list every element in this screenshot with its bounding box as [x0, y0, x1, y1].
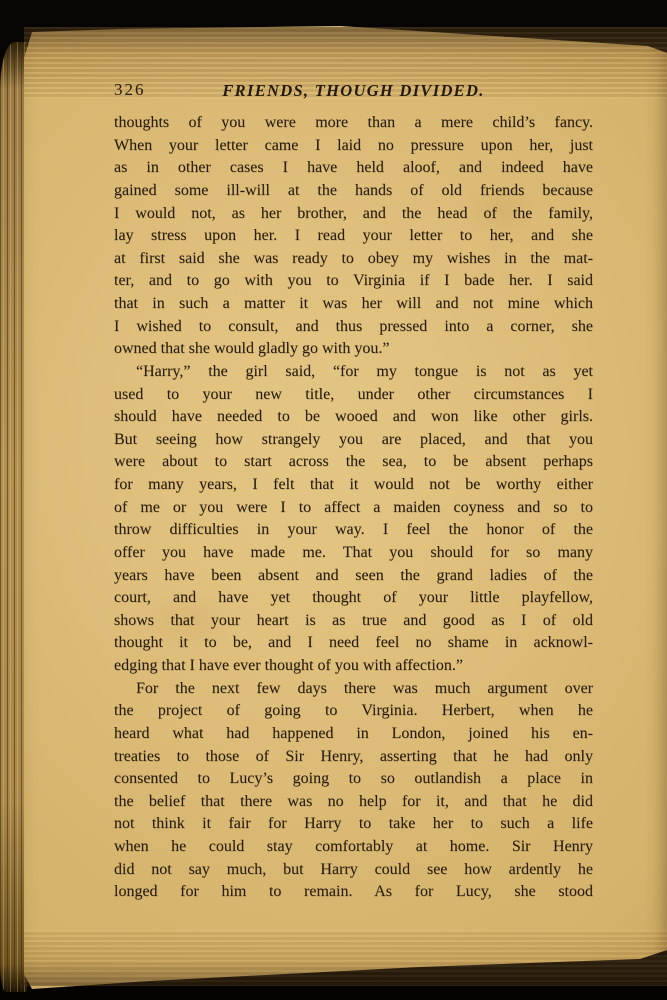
text-line: edging that I have ever thought of you w…	[114, 655, 593, 678]
text-line: shows that your heart is as true and goo…	[114, 610, 593, 633]
page-content: 326 FRIENDS, THOUGH DIVIDED. thoughts of…	[0, 0, 667, 1000]
text-line: as in other cases I have held aloof, and…	[114, 157, 593, 180]
text-line: For the next few days there was much arg…	[114, 678, 593, 701]
scanned-book-photo: 326 FRIENDS, THOUGH DIVIDED. thoughts of…	[0, 0, 667, 1000]
text-line: for many years, I felt that it would not…	[114, 474, 593, 497]
text-line: years have been absent and seen the gran…	[114, 565, 593, 588]
text-line: at first said she was ready to obey my w…	[114, 248, 593, 271]
body-text: thoughts of you were more than a mere ch…	[114, 112, 593, 904]
text-line: “Harry,” the girl said, “for my tongue i…	[114, 361, 593, 384]
text-line: But seeing how strangely you are placed,…	[114, 429, 593, 452]
running-title: FRIENDS, THOUGH DIVIDED.	[114, 81, 593, 101]
text-line: were about to start across the sea, to b…	[114, 451, 593, 474]
text-line: When your letter came I laid no pressure…	[114, 135, 593, 158]
text-line: I wished to consult, and thus pressed in…	[114, 316, 593, 339]
text-line: ter, and to go with you to Virginia if I…	[114, 270, 593, 293]
text-line: thought it to be, and I need feel no sha…	[114, 632, 593, 655]
text-line: the project of going to Virginia. Herber…	[114, 700, 593, 723]
text-line: gained some ill-will at the hands of old…	[114, 180, 593, 203]
text-line: thoughts of you were more than a mere ch…	[114, 112, 593, 135]
text-line: owned that she would gladly go with you.…	[114, 338, 593, 361]
text-line: should have needed to be wooed and won l…	[114, 406, 593, 429]
text-line: court, and have yet thought of your litt…	[114, 587, 593, 610]
text-line: I would not, as her brother, and the hea…	[114, 203, 593, 226]
text-line: treaties to those of Sir Henry, assertin…	[114, 746, 593, 769]
text-line: longed for him to remain. As for Lucy, s…	[114, 881, 593, 904]
text-line: that in such a matter it was her will an…	[114, 293, 593, 316]
text-line: consented to Lucy’s going to so outlandi…	[114, 768, 593, 791]
text-line: not think it fair for Harry to take her …	[114, 813, 593, 836]
text-line: throw difficulties in your way. I feel t…	[114, 519, 593, 542]
text-line: when he could stay comfortably at home. …	[114, 836, 593, 859]
text-line: heard what had happened in London, joine…	[114, 723, 593, 746]
text-line: did not say much, but Harry could see ho…	[114, 859, 593, 882]
text-line: the belief that there was no help for it…	[114, 791, 593, 814]
text-line: lay stress upon her. I read your letter …	[114, 225, 593, 248]
page-header: 326 FRIENDS, THOUGH DIVIDED.	[114, 80, 593, 104]
text-line: of me or you were I to affect a maiden c…	[114, 497, 593, 520]
text-line: offer you have made me. That you should …	[114, 542, 593, 565]
text-line: used to your new title, under other circ…	[114, 384, 593, 407]
